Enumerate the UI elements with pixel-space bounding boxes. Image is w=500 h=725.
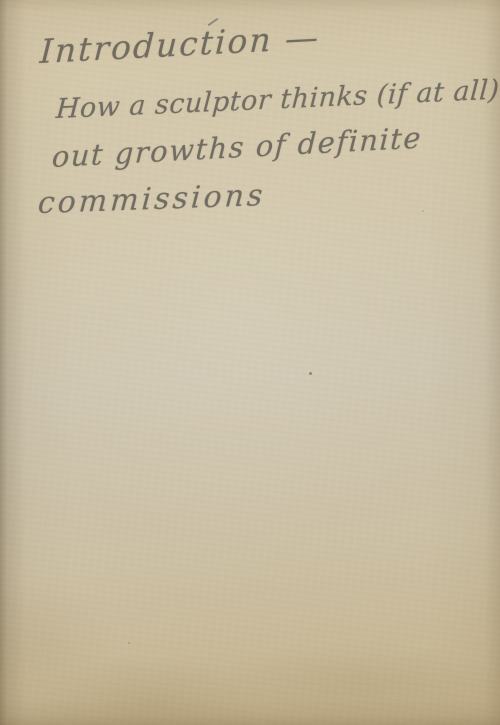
page-edge-shadow bbox=[0, 0, 500, 725]
page-photo: Introduction — How a sculptor thinks (if… bbox=[0, 0, 500, 725]
